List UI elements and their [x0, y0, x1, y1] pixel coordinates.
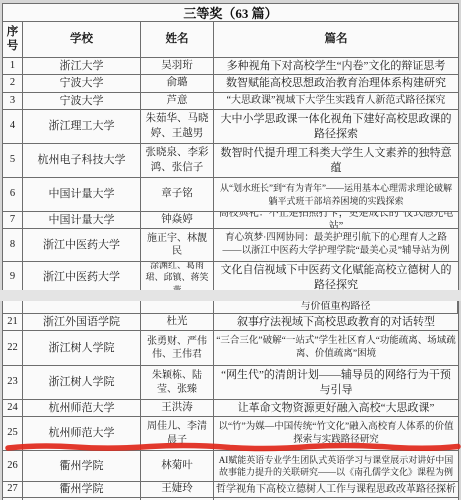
- row-school: 中国计量大学: [23, 178, 141, 211]
- table-row: 22 浙江树人学院 张勇财、严伟伟、王伟君 “三合三化”破解“一站式”学生社区育…: [3, 331, 458, 366]
- row-number: 8: [3, 229, 23, 261]
- row-name: 林菊叶: [141, 451, 214, 481]
- row-number: 22: [3, 331, 23, 365]
- row-paper-title: 多种视角下对高校学生“内卷”文化的辩证思考: [214, 58, 458, 74]
- row-school: 衢州学院: [23, 482, 141, 497]
- row-school: [23, 301, 141, 313]
- row-name: 涂渊红、葛雨珺、邱镇、蒋笑燕: [141, 262, 214, 293]
- table-row: 21 浙江外国语学院 杜光 叙事疗法视域下高校思政教育的对话转型: [3, 314, 458, 331]
- row-paper-title: 大中小学思政课一体化视角下建好高校思政课的路径探索: [214, 110, 458, 143]
- col-header-paper: 篇名: [214, 22, 458, 57]
- table-row-highlighted: 25 杭州师范大学 周佳儿、李清晨子 以“竹”为媒—中国传统“竹文化”融入高校育…: [3, 417, 458, 451]
- row-name: 俞璐: [141, 75, 214, 92]
- row-number: 21: [3, 314, 23, 330]
- row-school: 杭州电子科技大学: [23, 144, 141, 177]
- row-paper-title: “三合三化”破解“一站式”学生社区育人“功能疏离、场域疏离、价值疏离”困境: [214, 331, 458, 365]
- row-school: 衢州学院: [23, 451, 141, 481]
- row-number: 3: [3, 93, 23, 109]
- row-school: 浙江大学: [23, 58, 141, 74]
- row-school: 浙江树人学院: [23, 366, 141, 399]
- row-number: [3, 301, 23, 313]
- prize-table-lower: 与价值重构路径 21 浙江外国语学院 杜光 叙事疗法视域下高校思政教育的对话转型…: [2, 301, 459, 500]
- row-paper-title: “大思政课”视域下大学生实践育人新范式路径探究: [214, 93, 458, 109]
- row-number: 1: [3, 58, 23, 74]
- table-row: 6 中国计量大学 章子铭 从“划水班长”到“有为青年”——运用基本心理需求理论破…: [3, 178, 458, 212]
- row-name: 张晓泉、李彩鸿、张信子: [141, 144, 214, 177]
- row-name: 杜光: [141, 314, 214, 330]
- row-paper-title: 以“竹”为媒—中国传统“竹文化”融入高校育人体系的价值探索与实践路径研究: [214, 417, 458, 450]
- row-name: 张勇财、严伟伟、王伟君: [141, 331, 214, 365]
- row-paper-title: 数智赋能高校思想政治教育治理体系构建研究: [214, 75, 458, 92]
- table-row-partial: 与价值重构路径: [3, 301, 458, 314]
- table-row: 7 中国计量大学 钟焱婷 高校典礼：不止是拍照打卡，更是成长的“仪式感充电站”: [3, 212, 458, 229]
- row-number: 25: [3, 417, 23, 450]
- table-row: 23 浙江树人学院 朱颖栋、陆莹、张臻 “网生代”的清朗计划——辅导员的网络行为…: [3, 366, 458, 400]
- row-name: 王婕玲: [141, 482, 214, 497]
- row-number: 26: [3, 451, 23, 481]
- table-row: 1 浙江大学 吴羽珩 多种视角下对高校学生“内卷”文化的辩证思考: [3, 58, 458, 75]
- row-school: 宁波大学: [23, 93, 141, 109]
- row-name: [141, 301, 214, 313]
- row-school: 中国计量大学: [23, 212, 141, 228]
- col-header-index: 序号: [3, 22, 23, 57]
- row-name: 朱颖栋、陆莹、张臻: [141, 366, 214, 399]
- row-school: 杭州师范大学: [23, 400, 141, 416]
- col-header-school: 学校: [23, 22, 141, 57]
- row-school: 浙江理工大学: [23, 110, 141, 143]
- row-name: 章子铭: [141, 178, 214, 211]
- row-paper-title: “网生代”的清朗计划——辅导员的网络行为干预与引导: [214, 366, 458, 399]
- row-number: 5: [3, 144, 23, 177]
- table-row: 8 浙江中医药大学 施正宇、林靓民 育心筑梦·四网协同：最美护理引航下的心理育人…: [3, 229, 458, 262]
- table-row: 26 衢州学院 林菊叶 AI赋能英语专业学生团队式英语学习与课堂展示对讲好中国故…: [3, 451, 458, 482]
- row-school: 宁波大学: [23, 75, 141, 92]
- table-row: 27 衢州学院 王婕玲 哲学视角下高校立德树人工作与课程思政改革路径探析: [3, 482, 458, 498]
- row-paper-title: 哲学视角下高校立德树人工作与课程思政改革路径探析: [214, 482, 458, 497]
- row-paper-title: 让革命文物资源更好融入高校“大思政课”: [214, 400, 458, 416]
- table-title: 三等奖（63 篇）: [3, 4, 458, 22]
- section-gap: [0, 290, 461, 301]
- row-paper-title: 育心筑梦·四网协同：最美护理引航下的心理育人之路——以浙江中医药大学护理学院“最…: [214, 229, 458, 261]
- row-number: 2: [3, 75, 23, 92]
- row-name: 王洪涛: [141, 400, 214, 416]
- table-row: 5 杭州电子科技大学 张晓泉、李彩鸿、张信子 数智时代提升理工科类大学生人文素养…: [3, 144, 458, 178]
- row-paper-title: 数智时代提升理工科类大学生人文素养的独特意蕴: [214, 144, 458, 177]
- row-school: 浙江树人学院: [23, 331, 141, 365]
- table-row: 4 浙江理工大学 朱茹华、马晓婷、王越男 大中小学思政课一体化视角下建好高校思政…: [3, 110, 458, 144]
- row-paper-title: 叙事疗法视域下高校思政教育的对话转型: [214, 314, 458, 330]
- row-name: 施正宇、林靓民: [141, 229, 214, 261]
- col-header-name: 姓名: [141, 22, 214, 57]
- row-name: 吴羽珩: [141, 58, 214, 74]
- row-number: 7: [3, 212, 23, 228]
- row-number: 4: [3, 110, 23, 143]
- table-row: 9 浙江中医药大学 涂渊红、葛雨珺、邱镇、蒋笑燕 文化自信视域下中医药文化赋能高…: [3, 262, 458, 293]
- row-paper-title: AI赋能英语专业学生团队式英语学习与课堂展示对讲好中国故事能力提升的关联研究——…: [214, 451, 458, 481]
- document-page: 三等奖（63 篇） 序号 学校 姓名 篇名 1 浙江大学 吴羽珩 多种视角下对高…: [0, 0, 461, 500]
- row-school: 浙江中医药大学: [23, 229, 141, 261]
- row-name: 芦意: [141, 93, 214, 109]
- row-paper-title: 从“划水班长”到“有为青年”——运用基本心理需求理论破解躺平式班干部培养困境的实…: [214, 178, 458, 211]
- row-paper-title-carryover: 与价值重构路径: [214, 301, 458, 313]
- row-number: 27: [3, 482, 23, 497]
- row-school: 杭州师范大学: [23, 417, 141, 450]
- row-name: 周佳儿、李清晨子: [141, 417, 214, 450]
- row-number: 9: [3, 262, 23, 293]
- row-school: 浙江外国语学院: [23, 314, 141, 330]
- row-paper-title: 文化自信视域下中医药文化赋能高校立德树人的路径探究: [214, 262, 458, 293]
- row-name: 朱茹华、马晓婷、王越男: [141, 110, 214, 143]
- row-number: 24: [3, 400, 23, 416]
- row-school: 浙江中医药大学: [23, 262, 141, 293]
- row-paper-title: 高校典礼：不止是拍照打卡，更是成长的“仪式感充电站”: [214, 212, 458, 228]
- row-name: 钟焱婷: [141, 212, 214, 228]
- table-header-row: 序号 学校 姓名 篇名: [3, 22, 458, 58]
- row-number: 6: [3, 178, 23, 211]
- row-number: 23: [3, 366, 23, 399]
- table-row: 2 宁波大学 俞璐 数智赋能高校思想政治教育治理体系构建研究: [3, 75, 458, 93]
- prize-table-upper: 三等奖（63 篇） 序号 学校 姓名 篇名 1 浙江大学 吴羽珩 多种视角下对高…: [2, 3, 459, 294]
- table-row: 3 宁波大学 芦意 “大思政课”视域下大学生实践育人新范式路径探究: [3, 93, 458, 110]
- table-row: 24 杭州师范大学 王洪涛 让革命文物资源更好融入高校“大思政课”: [3, 400, 458, 417]
